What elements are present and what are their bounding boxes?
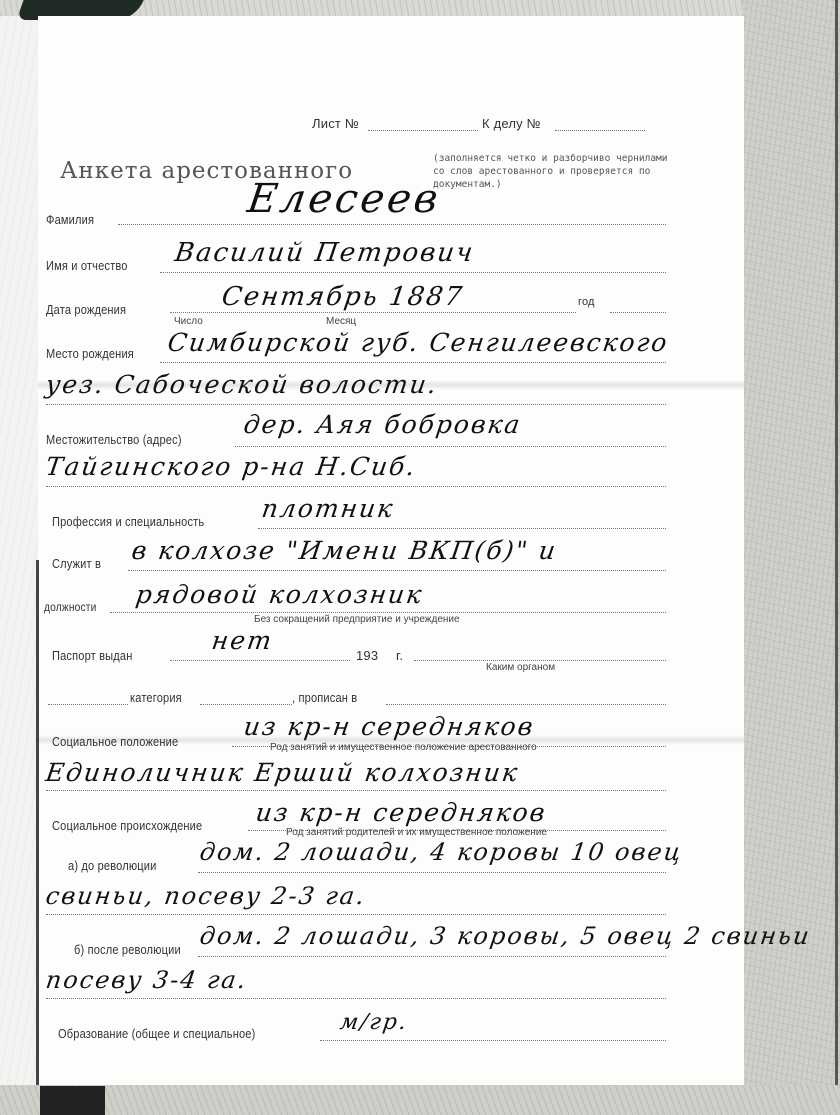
birth-date-label: Дата рождения xyxy=(46,302,126,317)
social-status-line-2 xyxy=(46,790,666,791)
employment-value: в колхозе "Имени ВКП(б)" и xyxy=(130,536,559,565)
education-value: м/гр. xyxy=(338,1010,409,1035)
social-status-value-1: из кр-н середняков xyxy=(242,712,537,741)
surname-value: Елесеев xyxy=(245,176,444,222)
category-prefix-line xyxy=(48,704,128,705)
passport-label: Паспорт выдан xyxy=(52,648,132,663)
birthplace-value-1: Симбирской губ. Сенгилеевского xyxy=(166,328,671,357)
scan-bottom-shadow xyxy=(40,1086,105,1115)
birth-day-caption: Число xyxy=(174,316,203,327)
registered-label: , прописан в xyxy=(292,690,357,705)
social-origin-label: Социальное происхождение xyxy=(52,818,202,833)
position-value: рядовой колхозник xyxy=(134,580,425,609)
birth-date-value: Сентябрь 1887 xyxy=(220,282,466,312)
category-label: категория xyxy=(130,690,182,705)
education-line xyxy=(320,1040,666,1041)
profession-line xyxy=(258,528,666,529)
residence-value-1: дер. Аяя бобровка xyxy=(242,410,524,439)
employment-line xyxy=(128,570,666,571)
before-revolution-line-1 xyxy=(198,872,666,873)
birthplace-line-2 xyxy=(46,404,666,405)
after-revolution-line-2 xyxy=(46,998,666,999)
scan-margin-left xyxy=(0,16,40,1086)
residence-label: Местожительство (адрес) xyxy=(46,432,182,447)
after-revolution-value-1: дом. 2 лошади, 3 коровы, 5 овец 2 свиньи xyxy=(198,922,813,950)
social-origin-value: из кр-н середняков xyxy=(254,798,549,827)
passport-issuer-line xyxy=(414,660,666,661)
social-status-value-2: Единоличник Ерший колхозник xyxy=(44,758,521,787)
residence-value-2: Тайгинского р-на Н.Сиб. xyxy=(44,452,419,481)
social-status-label: Социальное положение xyxy=(52,734,178,749)
social-status-caption: Род занятий и имущественное положение ар… xyxy=(270,742,537,753)
birth-month-caption: Месяц xyxy=(326,316,356,327)
before-revolution-label: а) до революции xyxy=(68,858,156,873)
after-revolution-value-2: посеву 3-4 га. xyxy=(44,966,249,994)
passport-year-prefix: 193 xyxy=(356,648,378,663)
name-patronymic-line xyxy=(160,272,666,273)
birth-year-suffix: год xyxy=(578,296,595,308)
residence-line-1 xyxy=(235,446,666,447)
surname-label: Фамилия xyxy=(46,212,94,227)
birthplace-label: Место рождения xyxy=(46,346,134,361)
social-origin-caption: Род занятий родителей и их имущественное… xyxy=(286,827,547,838)
profession-value: плотник xyxy=(260,494,396,523)
name-patronymic-value: Василий Петрович xyxy=(173,238,477,268)
page-edge xyxy=(36,560,39,1085)
sheet-number-label: Лист № xyxy=(312,116,359,131)
passport-year-suffix: г. xyxy=(396,648,403,663)
sheet-number-line xyxy=(368,130,478,131)
instruction-note: (заполняется четко и разборчиво чернилам… xyxy=(433,152,683,191)
scan-margin-bottom xyxy=(0,1085,840,1115)
passport-issuer-caption: Каким органом xyxy=(486,662,555,673)
surname-line xyxy=(118,224,666,225)
birth-year-line xyxy=(610,312,666,313)
passport-value: нет xyxy=(210,626,275,655)
name-patronymic-label: Имя и отчество xyxy=(46,258,128,273)
category-line xyxy=(200,704,292,705)
before-revolution-value-2: свиньи, посеву 2-3 га. xyxy=(44,882,368,910)
case-number-label: К делу № xyxy=(482,116,541,131)
case-number-line xyxy=(555,130,645,131)
birthplace-value-2: уез. Сабоческой волости. xyxy=(44,370,440,399)
position-label: должности xyxy=(44,600,96,614)
education-label: Образование (общее и специальное) xyxy=(58,1026,255,1041)
profession-label: Профессия и специальность xyxy=(52,514,204,529)
employment-label: Служит в xyxy=(52,556,101,571)
position-line xyxy=(110,612,666,613)
passport-date-line xyxy=(170,660,350,661)
residence-line-2 xyxy=(46,486,666,487)
position-caption: Без сокращений предприятие и учреждение xyxy=(254,614,460,625)
birth-date-line xyxy=(170,312,576,313)
before-revolution-line-2 xyxy=(46,914,666,915)
registered-line xyxy=(386,704,666,705)
before-revolution-value-1: дом. 2 лошади, 4 коровы 10 овец xyxy=(198,838,685,866)
after-revolution-line-1 xyxy=(198,956,666,957)
after-revolution-label: б) после революции xyxy=(74,942,181,957)
birthplace-line-1 xyxy=(160,362,666,363)
